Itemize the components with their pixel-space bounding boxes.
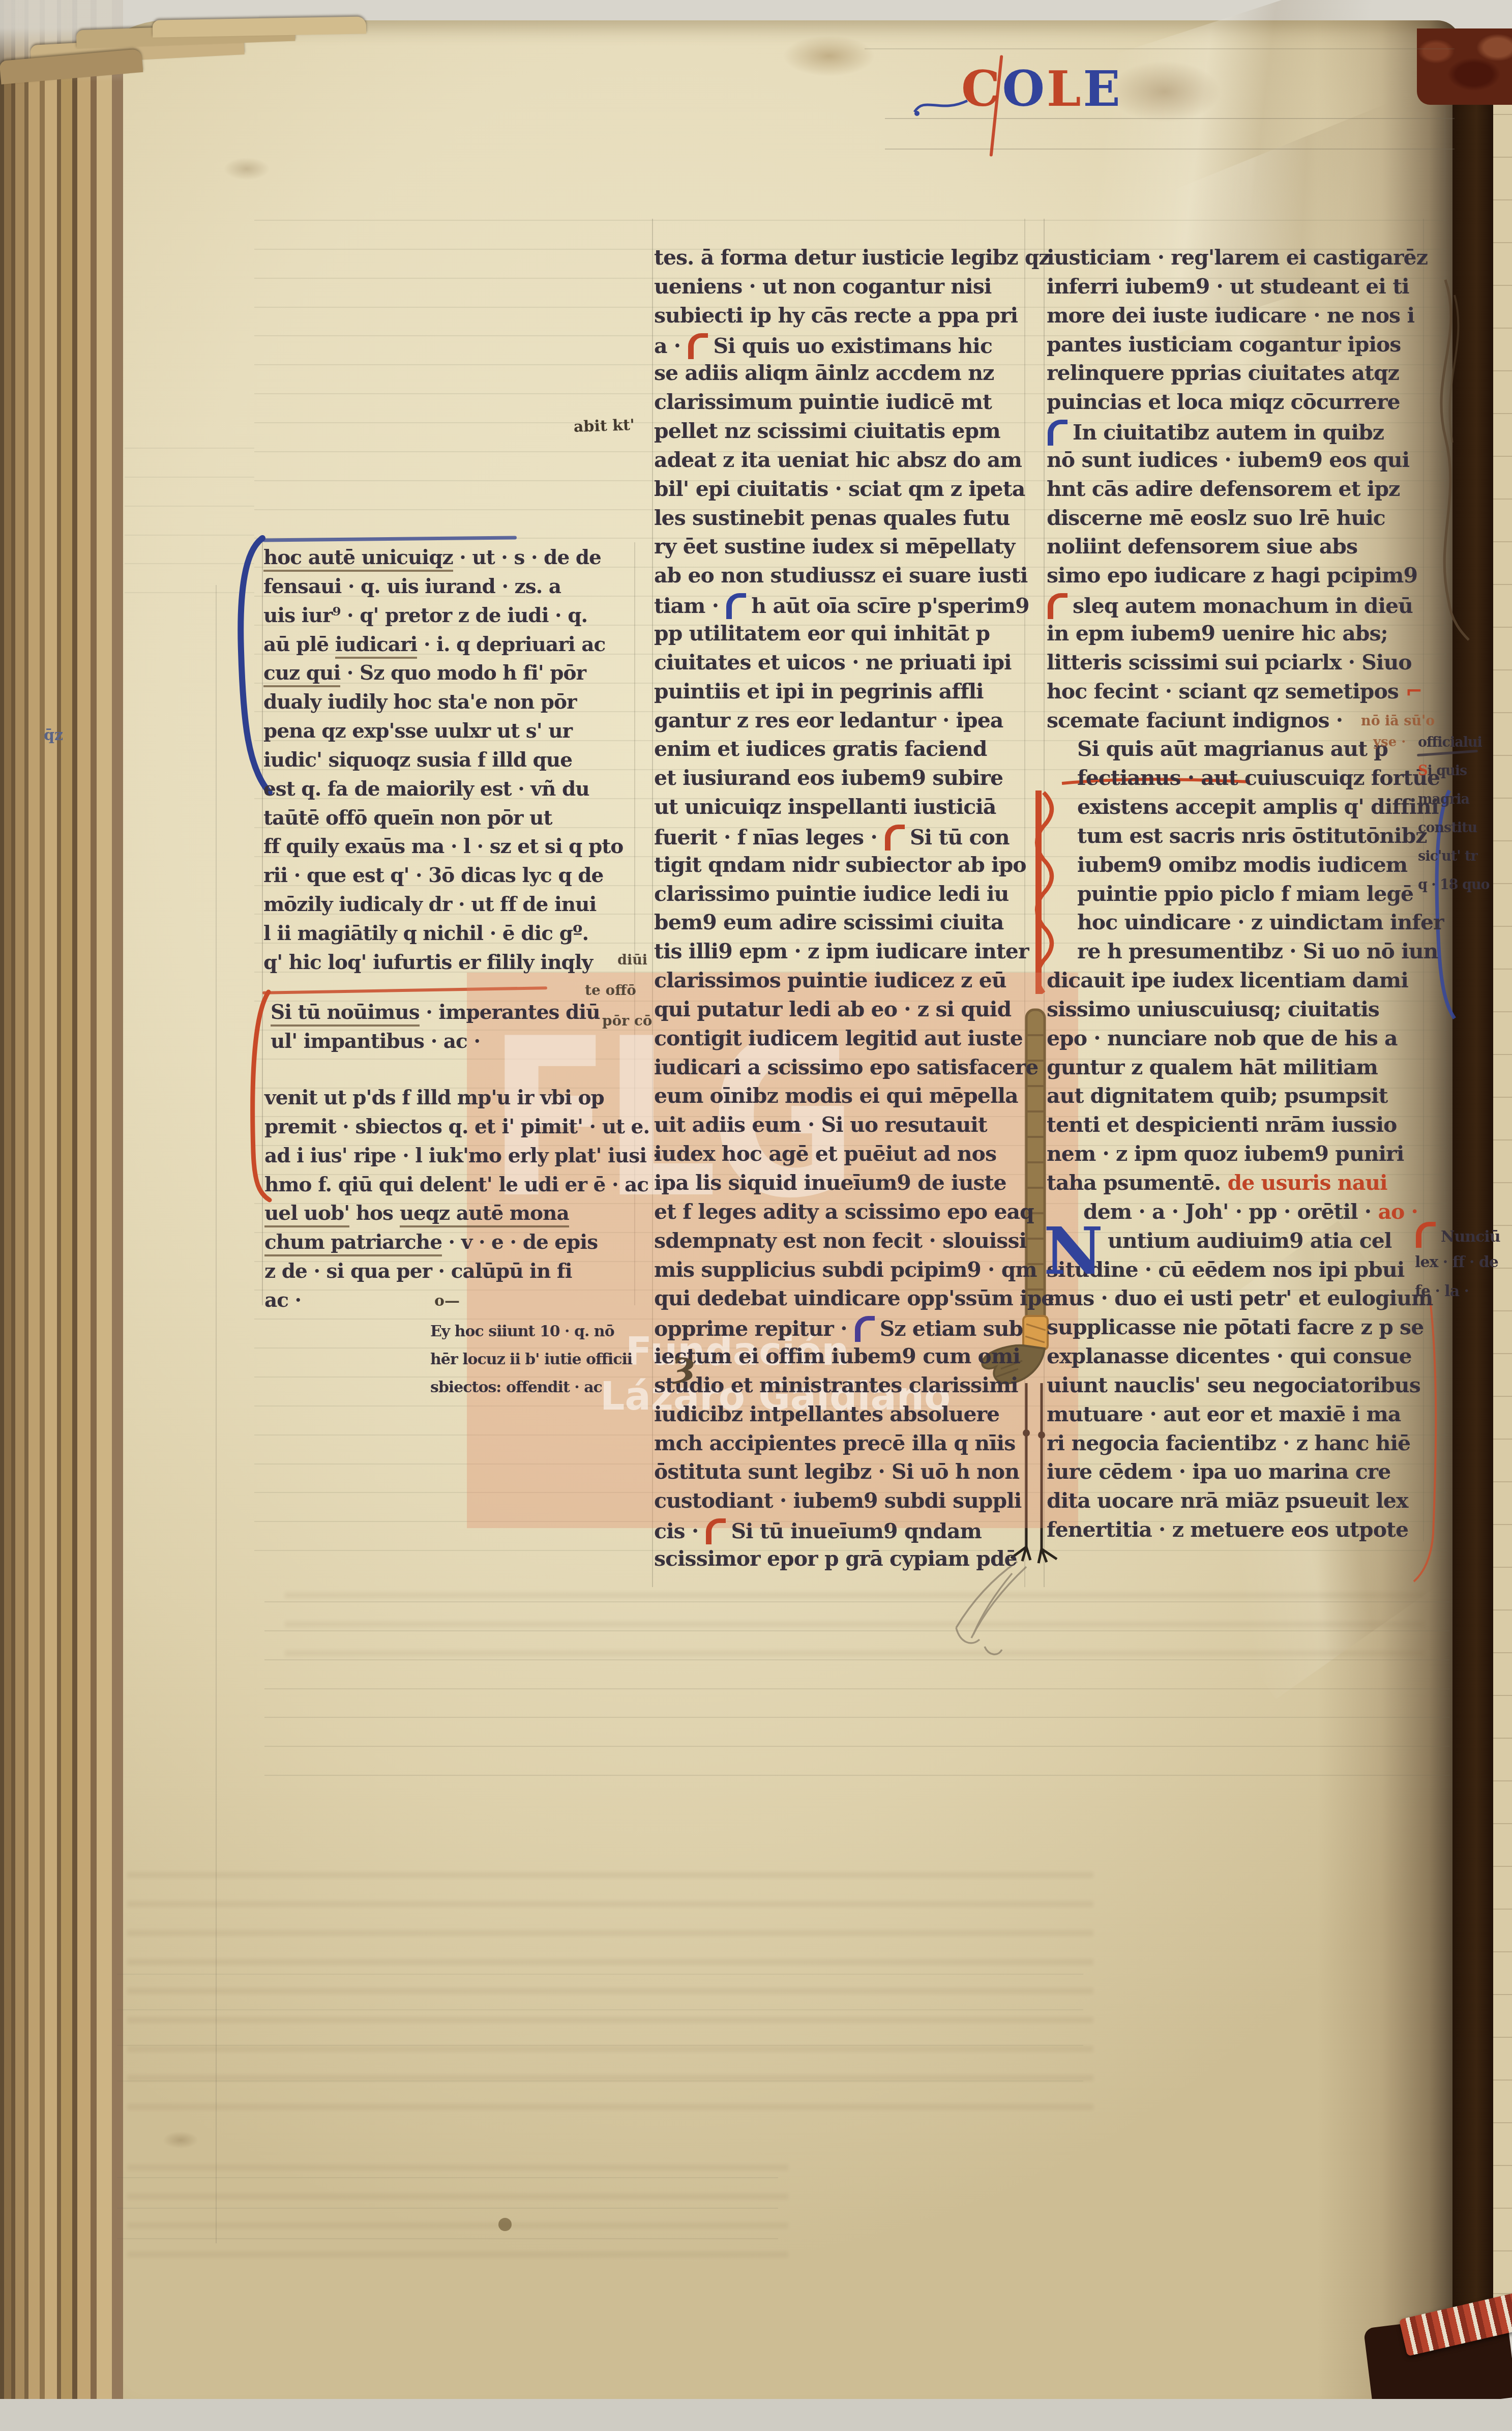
margin-note: o— [434,1292,460,1310]
marginal-notes: abit kt'nō iā sū'oyse ·diūite offōpōr cō… [0,0,1512,2431]
manuscript-photo: COLE [0,0,1512,2431]
margin-note: te offō [585,982,636,999]
margin-note: nō iā sū'o [1361,713,1435,729]
margin-note: abit kt' [573,416,635,436]
margin-note: diūi [617,952,647,968]
margin-note: ȝ [670,1341,699,1388]
margin-note: pōr cō [602,1012,652,1029]
margin-note: yse · [1373,735,1406,750]
margin-note: q̄z [44,726,63,744]
